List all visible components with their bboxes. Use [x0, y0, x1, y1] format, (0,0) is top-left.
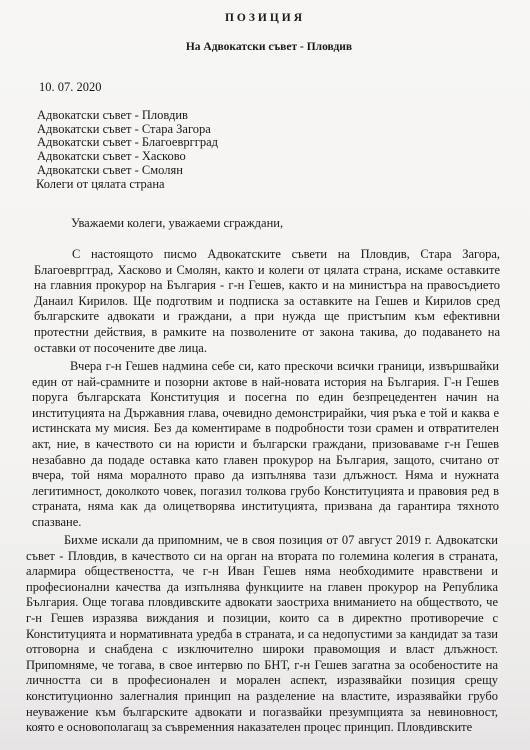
paragraph: Вчера г-н Гешев надмина себе си, като пр… — [32, 359, 499, 531]
salutation: Уважаеми колеги, уважаеми сграждани, — [71, 216, 283, 231]
paragraph: С настоящото писмо Адвокатските съвети н… — [34, 247, 500, 356]
document-subtitle: На Адвокатски съвет - Пловдив — [0, 41, 530, 53]
recipient: Адвокатски съвет - Хасково — [37, 150, 218, 164]
recipient: Адвокатски съвет - Смолян — [37, 164, 218, 178]
recipient: Колеги от цялата страна — [36, 178, 218, 192]
recipient: Адвокатски съвет - Пловдив — [37, 109, 218, 123]
document-page: ПОЗИЦИЯ На Адвокатски съвет - Пловдив 10… — [0, 0, 530, 750]
recipient: Адвокатски съвет - Благоевргград — [37, 136, 218, 150]
recipient: Адвокатски съвет - Стара Загора — [37, 123, 218, 137]
document-date: 10. 07. 2020 — [39, 80, 102, 95]
recipients-list: Адвокатски съвет - Пловдив Адвокатски съ… — [37, 109, 218, 191]
paragraph: Бихме искали да припомним, че в своя поз… — [26, 533, 498, 736]
document-title: ПОЗИЦИЯ — [0, 12, 530, 24]
